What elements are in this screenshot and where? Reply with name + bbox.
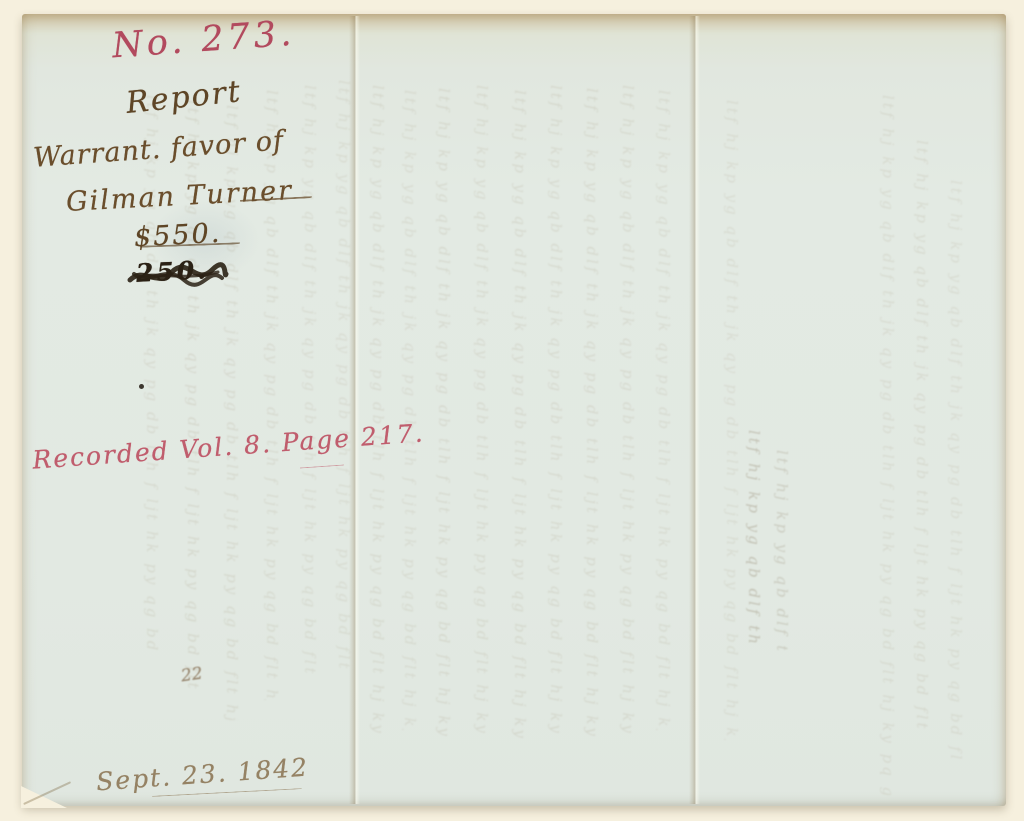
ink-scribble-strikeout xyxy=(126,256,230,296)
document-scan: ltf hj kp yg qb dlf th jk qy pg db tlh f… xyxy=(0,0,1024,821)
fold-crease-left xyxy=(349,16,360,804)
showthrough-mark: 22 xyxy=(180,664,204,687)
docket-amount: $550. xyxy=(133,218,222,254)
folded-corner xyxy=(21,786,67,808)
ink-dot xyxy=(139,384,144,389)
fold-crease-right xyxy=(689,16,700,804)
